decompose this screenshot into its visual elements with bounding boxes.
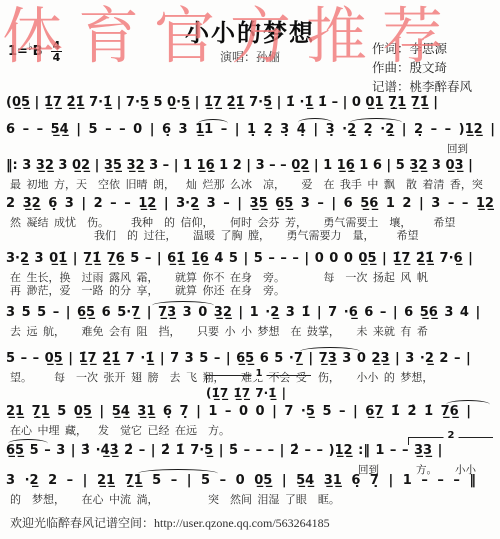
meter-denominator: 4: [53, 52, 61, 62]
notes-line-4: 2 3̲2̲ 6̣ 3 | 2 – – 1̲2̲ | 3·2̲ 3 – | 3̲…: [6, 196, 500, 211]
notes-line-3: ‖: 3 3̲2̲ 3 0̲2̲ | 3̲5̲ 3̲2̲ 3 – | 1 1̲6…: [6, 158, 473, 173]
notes-line-6: 3 5 5 – | 6̲5̲ 6 5·7̲ | 7̲3̲ 3 0 3̲2̲ | …: [6, 305, 480, 320]
notes-line-2: 6 – – 5̲4̲ | 5 – – 0 | 6̣ 3 1̲1 – | 1̣ 2…: [6, 122, 495, 137]
ending-bracket-1: 1: [206, 375, 311, 383]
lyrics-line-10: 的 梦想， 在心 中流 淌， 突 然间 泪湿 了眼 眶。: [10, 491, 340, 507]
lyrics-line-5b: 再 渺茫，爱 一路 的分 享， 就算 你还 在身 旁。: [10, 282, 285, 298]
notes-line-8: 2̲1̲ 7̣̲1̲ 5 0̲5̲ | 5̲4̲ 3̲1̲ 6̣ 7̣ | 1 …: [6, 404, 471, 419]
jianpu-sheet: 体育官方推荐 小小的梦想 演唱：孙俪 1= ♭ B 4 4 作词：李思源 作曲：…: [0, 0, 500, 539]
ending-label-1: 1: [252, 368, 267, 379]
slur-arc: [8, 439, 48, 448]
pickup-notes: (1̲̇7̲ 1̲̇7̲ 7·1̲̇ |: [206, 386, 286, 400]
slur-arc: [198, 119, 228, 128]
ending-label-2: 2: [444, 430, 459, 441]
lyrics-line-4b: 我们 的 过往， 温暖 了胸 膛， 勇气需要力 量， 希望: [94, 227, 418, 243]
footer-text: 欢迎光临醉春风记谱空间：http://user.qzone.qq.com/563…: [10, 514, 330, 531]
slur-arc: [446, 400, 490, 409]
notes-line-10: 3 ·2̲ 2 – | 2̲1̲ 7̣̲1̲ 5 – | 5 – 0 0̲5̲ …: [6, 473, 476, 488]
slur-arc: [300, 347, 360, 356]
slur-arc: [152, 301, 214, 310]
lyrics-line-3: 最 初地 方，天 空依 旧晴 朗， 灿 烂那 么冰 凉， 爱 在 我手 中 飘 …: [10, 176, 483, 192]
notes-line-7: 5 – – 0̲5̲ | 1̲̇7̲ 2̲̇1̲̇ 7 ·1̲̇ | 7 3 5…: [6, 351, 471, 366]
slur-arc: [350, 118, 402, 127]
song-title: 小小的梦想: [0, 13, 500, 48]
lyrics-line-8: 在心 中埋 藏， 发 觉它 已经 在远 方。: [10, 422, 230, 438]
notes-line-5: 3·2̲ 3 0̲1̲̇ | 7̲1̲̇ 7̲6̲ 5 – | 6̲1̲̇ 1̇…: [6, 251, 473, 266]
notes-line-1: (0̲5̲ | 1̲̇7̲ 2̲̇1̲̇ 7·1̲̇ | 7·5̲ 5 0̲·5…: [6, 95, 438, 110]
credits-block: 作词：李思源 作曲：殷文琦 记谱：桃李醉春风: [372, 40, 472, 97]
slur-arc: [138, 469, 218, 478]
credit-composer: 作曲：殷文琦: [372, 59, 472, 78]
return-mark: 回到: [447, 141, 468, 156]
lyrics-line-6: 去 远 航， 难免 会有 阻 挡， 只要 小 小 梦想 在 鼓掌， 未 来就 有…: [10, 323, 428, 339]
notes-line-9: 6̲5̲ 5 – 3 | 3̇ ·4̲̇3̲̇ 2̇ – | 2̇ 1̇ 7·5…: [6, 443, 442, 458]
slur-arc: [298, 118, 332, 127]
